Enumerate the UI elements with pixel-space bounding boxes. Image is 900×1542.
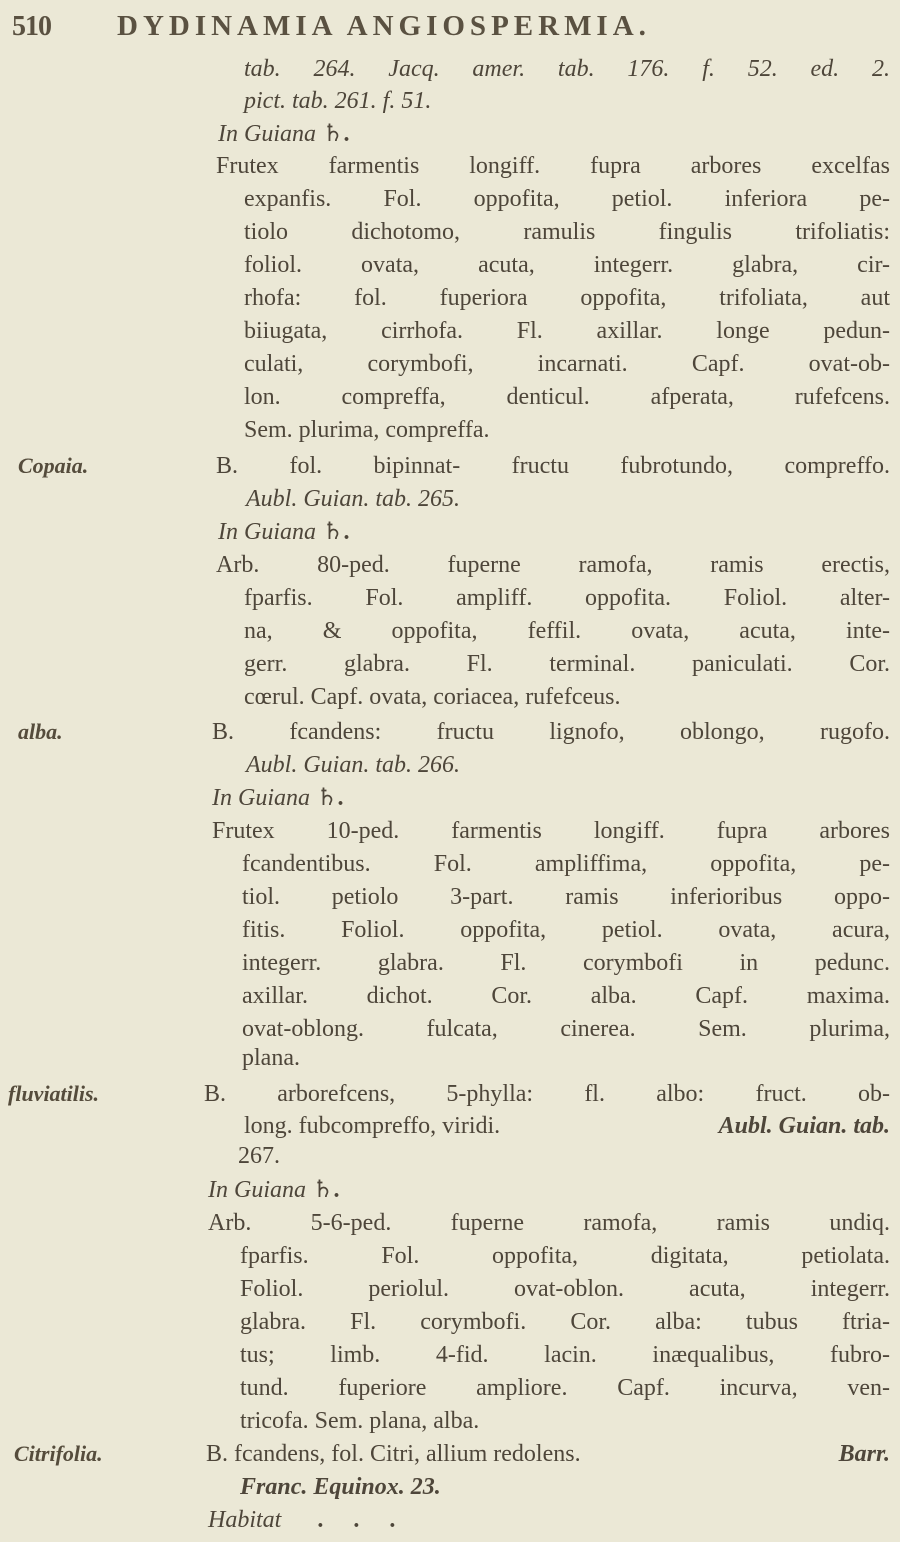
habitat-line: Habitat . . .	[208, 1504, 395, 1536]
species-name: Copaia.	[18, 450, 88, 482]
description-line: foliol. ovata, acuta, integerr. glabra, …	[244, 249, 890, 281]
habitat-line: In Guiana ♄.	[212, 782, 344, 814]
page-number: 510	[12, 11, 117, 43]
description-line: tiol. petiolo 3-part. ramis inferioribus…	[242, 881, 890, 913]
species-name: alba.	[18, 716, 63, 748]
description-line: axillar. dichot. Cor. alba. Capf. maxima…	[242, 980, 890, 1012]
description-line: lon. compreffa, denticul. afperata, rufe…	[244, 381, 890, 413]
description-line: na, & oppofita, feffil. ovata, acuta, in…	[244, 615, 890, 647]
description-line: cœrul. Capf. ovata, coriacea, rufefceus.	[244, 681, 620, 713]
species-name: fluviatilis.	[8, 1078, 99, 1110]
shrub-symbol-icon: ♄.	[322, 121, 350, 147]
diagnosis-line: B. fcandens, fol. Citri, allium redolens…	[206, 1438, 890, 1470]
description-line: gerr. glabra. Fl. terminal. paniculati. …	[244, 648, 890, 680]
description-line: plana.	[242, 1042, 300, 1074]
description-line: Frutex farmentis longiff. fupra arbores …	[216, 150, 890, 182]
description-line: ovat-oblong. fulcata, cinerea. Sem. plur…	[242, 1013, 890, 1045]
reference-line: pict. tab. 261. f. 51.	[244, 85, 431, 117]
description-line: culati, corymbofi, incarnati. Capf. ovat…	[244, 348, 890, 380]
page-header: 510 DYDINAMIA ANGIOSPERMIA.	[12, 10, 651, 50]
description-line: fparfis. Fol. oppofita, digitata, petiol…	[240, 1240, 890, 1272]
habitat-line: In Guiana ♄.	[208, 1174, 340, 1206]
reference-text: Aubl. Guian. tab.	[719, 1110, 890, 1142]
description-line: Frutex 10-ped. farmentis longiff. fupra …	[212, 815, 890, 847]
description-line: tricofa. Sem. plana, alba.	[240, 1405, 479, 1437]
running-head: DYDINAMIA ANGIOSPERMIA.	[117, 10, 651, 43]
description-line: fparfis. Fol. ampliff. oppofita. Foliol.…	[244, 582, 890, 614]
description-line: Arb. 5-6-ped. fuperne ramofa, ramis undi…	[208, 1207, 890, 1239]
diagnosis-line: long. fubcompreffo, viridi. Aubl. Guian.…	[244, 1110, 890, 1142]
description-line: Arb. 80-ped. fuperne ramofa, ramis erect…	[216, 549, 890, 581]
shrub-symbol-icon: ♄.	[312, 1177, 340, 1203]
description-line: expanfis. Fol. oppofita, petiol. inferio…	[244, 183, 890, 215]
habitat-line: In Guiana ♄.	[218, 516, 350, 548]
diagnosis-line: B. fol. bipinnat- fructu fubrotundo, com…	[216, 450, 890, 482]
reference-line: Aubl. Guian. tab. 265.	[246, 483, 460, 515]
shrub-symbol-icon: ♄.	[322, 519, 350, 545]
description-line: fcandentibus. Fol. ampliffima, oppofita,…	[242, 848, 890, 880]
description-line: tund. fuperiore ampliore. Capf. incurva,…	[240, 1372, 890, 1404]
habitat-line: In Guiana ♄.	[218, 118, 350, 150]
reference-line: Franc. Equinox. 23.	[240, 1471, 441, 1503]
description-line: tus; limb. 4-fid. lacin. inæqualibus, fu…	[240, 1339, 890, 1371]
book-page: 510 DYDINAMIA ANGIOSPERMIA. tab. 264. Ja…	[0, 0, 900, 1542]
reference-line: tab. 264. Jacq. amer. tab. 176. f. 52. e…	[244, 53, 890, 85]
diagnosis-line: 267.	[238, 1140, 280, 1172]
description-line: tiolo dichotomo, ramulis fingulis trifol…	[244, 216, 890, 248]
description-line: rhofa: fol. fuperiora oppofita, trifolia…	[244, 282, 890, 314]
description-line: Sem. plurima, compreffa.	[244, 414, 489, 446]
description-line: integerr. glabra. Fl. corymbofi in pedun…	[242, 947, 890, 979]
diagnosis-line: B. arborefcens, 5-phylla: fl. albo: fruc…	[204, 1078, 890, 1110]
diagnosis-line: B. fcandens: fructu lignofo, oblongo, ru…	[212, 716, 890, 748]
reference-text: Barr.	[839, 1438, 890, 1470]
reference-line: Aubl. Guian. tab. 266.	[246, 749, 460, 781]
description-line: biiugata, cirrhofa. Fl. axillar. longe p…	[244, 315, 890, 347]
species-name: Citrifolia.	[14, 1438, 103, 1470]
shrub-symbol-icon: ♄.	[316, 785, 344, 811]
description-line: Foliol. periolul. ovat-oblon. acuta, int…	[240, 1273, 890, 1305]
description-line: glabra. Fl. corymbofi. Cor. alba: tubus …	[240, 1306, 890, 1338]
description-line: fitis. Foliol. oppofita, petiol. ovata, …	[242, 914, 890, 946]
ellipsis: . . .	[317, 1507, 395, 1533]
